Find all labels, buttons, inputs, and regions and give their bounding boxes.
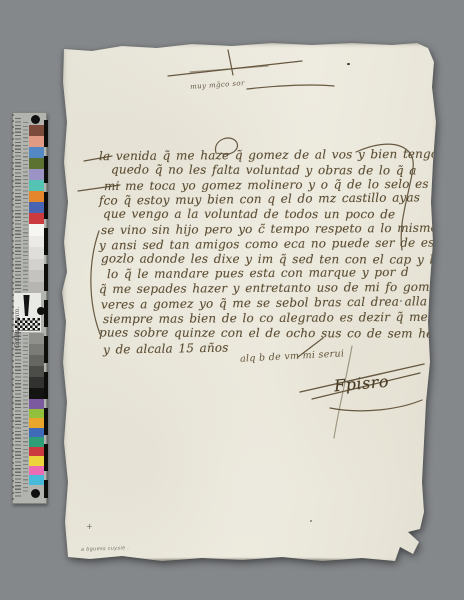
color-patch bbox=[29, 213, 44, 224]
color-patch bbox=[29, 456, 44, 466]
manuscript-line: la venida q̃ me haze q̃ gomez de al vos … bbox=[99, 147, 419, 164]
salutation-abbreviation: muy mg̃co sor bbox=[190, 79, 245, 91]
manuscript-line: y ansi sed tan amigos como eca no puede … bbox=[99, 235, 419, 253]
color-patch bbox=[29, 447, 44, 457]
manuscript-leaf: muy mg̃co sor la venida q̃ me haze q̃ go… bbox=[62, 42, 438, 564]
gray-ramp-dark bbox=[29, 333, 44, 399]
gray-patch bbox=[29, 282, 44, 294]
gray-patch bbox=[29, 355, 44, 366]
ink-speck bbox=[400, 300, 402, 302]
gray-patch bbox=[29, 247, 44, 259]
paper-surface: muy mg̃co sor la venida q̃ me haze q̃ go… bbox=[62, 42, 438, 564]
gray-patch bbox=[29, 366, 44, 377]
registration-dot-icon bbox=[31, 115, 40, 124]
signature: Fpisro bbox=[333, 372, 389, 396]
gray-patch bbox=[29, 236, 44, 248]
color-patch bbox=[29, 158, 44, 169]
photograph-of-manuscript: Gallia Comm. muy mg̃co sor la venida q̃ … bbox=[0, 0, 464, 600]
manuscript-text-block: la venida q̃ me haze q̃ gomez de al vos … bbox=[99, 148, 419, 355]
registration-dot-icon bbox=[37, 307, 45, 315]
color-patch-stack-bottom bbox=[29, 399, 44, 485]
color-patch bbox=[29, 466, 44, 476]
color-patch-stack-top bbox=[29, 125, 44, 224]
gray-patch bbox=[29, 259, 44, 271]
pencil-cross-mark: + bbox=[86, 522, 93, 531]
gray-patch bbox=[29, 377, 44, 388]
ink-speck bbox=[310, 520, 312, 522]
gray-patch bbox=[29, 270, 44, 282]
manuscript-line: quedo q̃ no les falta voluntad y obras d… bbox=[111, 162, 419, 178]
color-patch bbox=[29, 428, 44, 438]
color-patch bbox=[29, 180, 44, 191]
registration-dot-icon bbox=[31, 489, 40, 498]
color-patch bbox=[29, 437, 44, 447]
color-patch bbox=[29, 399, 44, 409]
color-patch bbox=[29, 418, 44, 428]
color-patch bbox=[29, 125, 44, 136]
torn-edge-shadow bbox=[122, 559, 372, 562]
color-patch bbox=[29, 191, 44, 202]
color-patch bbox=[29, 409, 44, 419]
gray-patch bbox=[29, 224, 44, 236]
gray-ramp-light bbox=[29, 224, 44, 293]
gray-patch bbox=[29, 388, 44, 399]
ink-speck bbox=[347, 63, 350, 65]
color-calibration-scale: Gallia Comm. bbox=[12, 112, 47, 504]
color-patch bbox=[29, 202, 44, 213]
color-patch bbox=[29, 169, 44, 180]
color-patch bbox=[29, 147, 44, 158]
color-patch bbox=[29, 136, 44, 147]
manuscript-line: que vengo a la voluntad de todos un poco… bbox=[103, 207, 419, 222]
color-patch bbox=[29, 475, 44, 485]
mount-annotation: Gallia Comm. bbox=[14, 307, 21, 348]
pencil-annotation: a bguess cuysie . bbox=[81, 545, 129, 553]
gray-patch bbox=[29, 333, 44, 344]
manuscript-line: siempre mas bien de lo co alegrado es de… bbox=[103, 310, 419, 327]
gray-patch bbox=[29, 344, 44, 355]
